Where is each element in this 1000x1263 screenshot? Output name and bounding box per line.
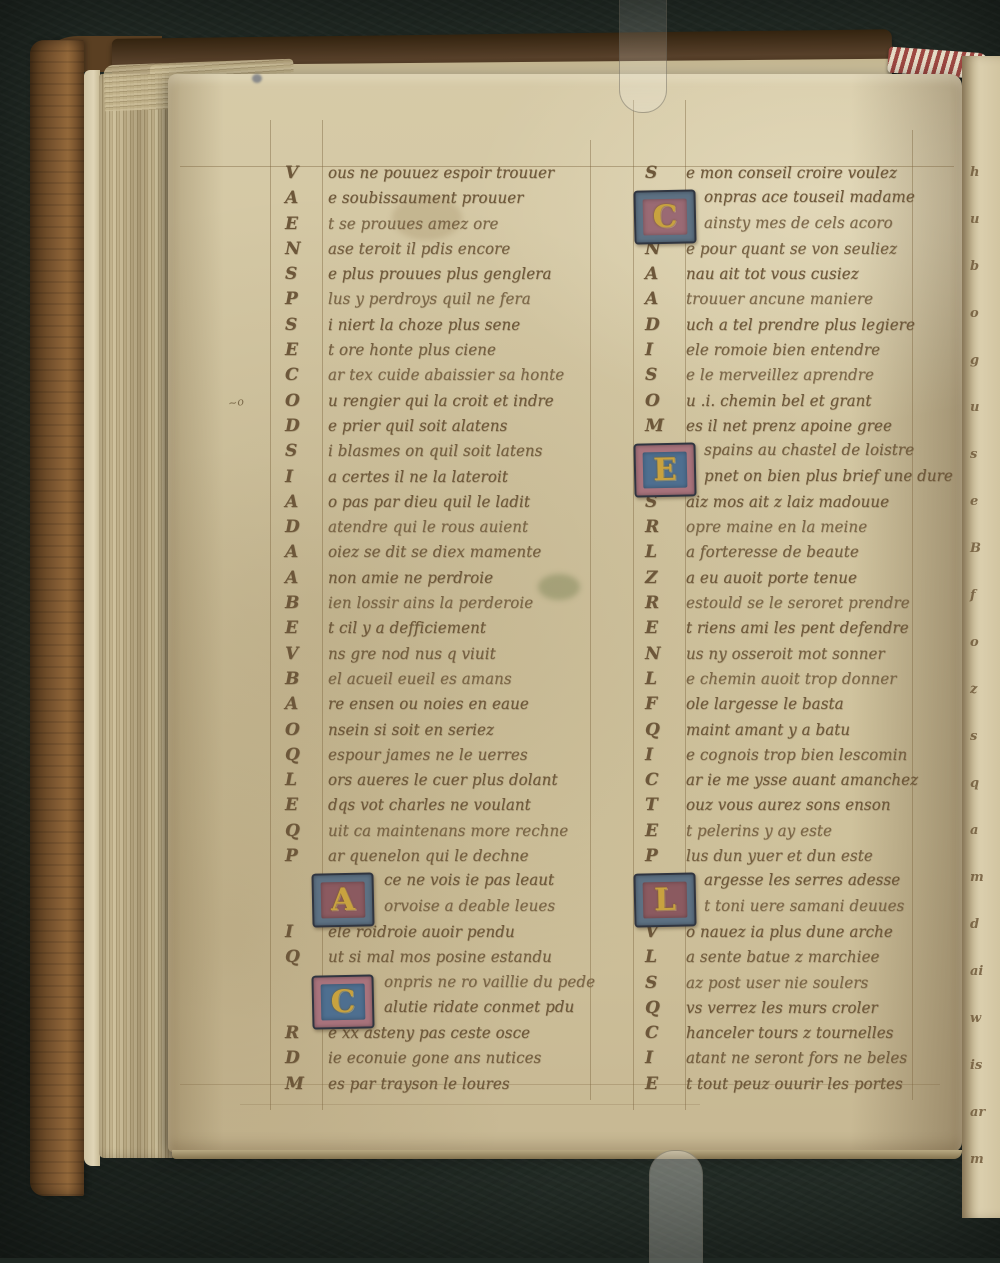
- gold-letter: C: [635, 192, 694, 243]
- verse-text: a forteresse de beaute: [686, 543, 859, 562]
- text-column-left: Vous ne pouuez espoir trouuerAe soubissa…: [272, 163, 602, 1099]
- text-line: Et ore honte plus ciene: [272, 340, 602, 365]
- text-line: Atrouuer ancune maniere: [634, 289, 956, 314]
- margin-capital: D: [634, 315, 686, 335]
- text-line: Ie cognois trop bien lescomin: [634, 745, 956, 770]
- illuminated-initial: L: [633, 873, 696, 928]
- margin-capital: Q: [634, 720, 686, 740]
- verse-text: ien lossir ains la perderoie: [328, 594, 533, 613]
- text-line: Le chemin auoit trop donner: [634, 669, 956, 694]
- text-line: La forteresse de beaute: [634, 542, 956, 567]
- verse-text: ouz vous aurez sons enson: [686, 796, 891, 815]
- text-line: Et se prouues amez ore: [272, 214, 602, 239]
- verse-text: t pelerins y ay este: [686, 821, 832, 840]
- text-line: Et riens ami les pent defendre: [634, 618, 956, 643]
- verse-text: ut si mal mos posine estandu: [328, 948, 552, 967]
- facing-page-glyph: e: [970, 494, 998, 509]
- verse-text: uch a tel prendre plus legiere: [686, 315, 915, 334]
- text-line: Ao pas par dieu quil le ladit: [272, 492, 602, 517]
- facing-page-glyph: a: [970, 823, 998, 838]
- verse-text: t tout peuz ouurir les portes: [686, 1074, 903, 1093]
- endpaper-edge: [84, 70, 100, 1166]
- text-line: Saz post user nie soulers: [634, 973, 956, 998]
- verse-text: o nauez ia plus dune arche: [686, 923, 893, 942]
- verse-text: ar ie me ysse auant amanchez: [686, 771, 918, 790]
- verse-text: e prier quil soit alatens: [328, 417, 507, 436]
- text-line: Se le merveillez aprendre: [634, 365, 956, 390]
- margin-capital: S: [634, 163, 686, 183]
- verse-text: atant ne seront fors ne beles: [686, 1049, 907, 1068]
- margin-capital: D: [272, 517, 328, 537]
- text-line: Ou rengier qui la croit et indre: [272, 391, 602, 416]
- verse-text: lus dun yuer et dun este: [686, 847, 873, 866]
- margin-capital: L: [634, 542, 686, 562]
- margin-capital: E: [634, 1074, 686, 1094]
- plastic-strip-bottom: [649, 1150, 703, 1258]
- margin-capital: B: [272, 593, 328, 613]
- verse-text: e pour quant se von seuliez: [686, 240, 897, 259]
- text-line: De prier quil soit alatens: [272, 416, 602, 441]
- facing-page-glyph: u: [970, 212, 998, 227]
- verse-text: trouuer ancune maniere: [686, 290, 873, 309]
- margin-capital: N: [272, 239, 328, 259]
- margin-capital: Z: [634, 568, 686, 588]
- text-line: Bien lossir ains la perderoie: [272, 593, 602, 618]
- gold-letter: L: [635, 875, 694, 926]
- verse-text: atendre qui le rous auient: [328, 518, 528, 537]
- margin-capital: A: [272, 188, 328, 208]
- text-line: Are ensen ou noies en eaue: [272, 694, 602, 719]
- plastic-strip-top: [619, 0, 667, 113]
- verse-text: spains au chastel de loistre: [686, 441, 914, 460]
- text-line: Datendre qui le rous auient: [272, 517, 602, 542]
- margin-capital: M: [634, 416, 686, 436]
- margin-capital: D: [272, 416, 328, 436]
- verse-text: ar quenelon qui le dechne: [328, 847, 529, 866]
- verse-text: non amie ne perdroie: [328, 568, 493, 587]
- verse-text: o pas par dieu quil le ladit: [328, 492, 530, 511]
- margin-capital: C: [634, 770, 686, 790]
- facing-page-glyph: w: [970, 1011, 998, 1026]
- ink-speck: [252, 74, 262, 83]
- margin-capital: I: [634, 1048, 686, 1068]
- illuminated-initial: C: [633, 190, 696, 245]
- margin-capital: D: [272, 1048, 328, 1068]
- text-line: Touz vous aurez sons enson: [634, 795, 956, 820]
- illuminated-initial: A: [311, 873, 374, 928]
- text-line: Qut si mal mos posine estandu: [272, 947, 602, 972]
- margin-capital: O: [634, 391, 686, 411]
- verse-text: aiz mos ait z laiz madouue: [686, 492, 889, 511]
- margin-capital: P: [634, 846, 686, 866]
- text-line: Nase teroit il pdis encore: [272, 239, 602, 264]
- margin-capital: V: [272, 163, 328, 183]
- facing-page-glyph: B: [970, 541, 998, 556]
- margin-capital: N: [634, 644, 686, 664]
- verse-text: es par trayson le loures: [328, 1074, 510, 1093]
- manuscript-photo: huboguseBfozsqamdaiwisarm ~o Vous ne pou…: [0, 0, 1000, 1258]
- margin-capital: C: [272, 365, 328, 385]
- verse-text: estould se le seroret prendre: [686, 594, 910, 613]
- text-line: Car tex cuide abaissier sa honte: [272, 365, 602, 390]
- margin-capital: E: [272, 618, 328, 638]
- margin-capital: R: [634, 517, 686, 537]
- text-line: Za eu auoit porte tenue: [634, 568, 956, 593]
- text-line: Anau ait tot vous cusiez: [634, 264, 956, 289]
- text-line: Chanceler tours z tournelles: [634, 1023, 956, 1048]
- margin-capital: O: [272, 720, 328, 740]
- page-edge-stack: [99, 74, 175, 1158]
- text-line: Si niert la choze plus sene: [272, 315, 602, 340]
- margin-capital: L: [634, 669, 686, 689]
- facing-page-glyph: q: [970, 776, 998, 791]
- verse-text: dqs vot charles ne voulant: [328, 796, 531, 815]
- margin-capital: E: [272, 340, 328, 360]
- text-line: Vns gre nod nus q viuit: [272, 644, 602, 669]
- verse-text: e mon conseil croire voulez: [686, 164, 897, 183]
- verse-text: a certes il ne la lateroit: [328, 467, 508, 486]
- verse-text: e chemin auoit trop donner: [686, 670, 896, 689]
- margin-capital: E: [272, 214, 328, 234]
- facing-page-glyph: f: [970, 588, 998, 603]
- margin-capital: Q: [272, 745, 328, 765]
- margin-capital: B: [272, 669, 328, 689]
- text-column-right: Se mon conseil croire voulezonpras ace t…: [634, 163, 956, 1099]
- margin-capital: S: [272, 264, 328, 284]
- facing-page-glyph: s: [970, 729, 998, 744]
- facing-page-glyph: ai: [970, 964, 998, 979]
- facing-page-glyph: u: [970, 400, 998, 415]
- verse-text: opre maine en la meine: [686, 518, 867, 537]
- margin-capital: S: [272, 441, 328, 461]
- illuminated-initial: E: [633, 443, 696, 498]
- facing-page-glyph: o: [970, 635, 998, 650]
- gold-letter: E: [635, 445, 694, 496]
- facing-page-glyph: s: [970, 447, 998, 462]
- text-line: Car ie me ysse auant amanchez: [634, 770, 956, 795]
- verse-text: t se prouues amez ore: [328, 214, 499, 233]
- verse-text: t riens ami les pent defendre: [686, 619, 909, 638]
- text-line: Die econuie gone ans nutices: [272, 1048, 602, 1073]
- text-line: Qvs verrez les murs croler: [634, 998, 956, 1023]
- verse-text: es il net prenz apoine gree: [686, 417, 892, 436]
- facing-page-glyph: is: [970, 1058, 998, 1073]
- margin-capital: P: [272, 846, 328, 866]
- facing-page-glyph: b: [970, 259, 998, 274]
- margin-capital: P: [272, 289, 328, 309]
- margin-capital: E: [634, 618, 686, 638]
- text-line: Nus ny osseroit mot sonner: [634, 644, 956, 669]
- ruling-line: [240, 1104, 700, 1105]
- verse-text: ie econuie gone ans nutices: [328, 1049, 541, 1068]
- gold-letter: C: [313, 976, 372, 1027]
- verse-text: nau ait tot vous cusiez: [686, 265, 859, 284]
- text-line: Ou .i. chemin bel et grant: [634, 391, 956, 416]
- verse-text: re ensen ou noies en eaue: [328, 695, 529, 714]
- margin-capital: A: [634, 264, 686, 284]
- verse-text: lus y perdroys quil ne fera: [328, 290, 531, 309]
- margin-capital: A: [634, 289, 686, 309]
- text-line: Anon amie ne perdroie: [272, 568, 602, 593]
- text-line: Se mon conseil croire voulez: [634, 163, 956, 188]
- verse-text: pnet on bien plus brief une dure: [686, 466, 953, 485]
- text-line: Qmaint amant y a batu: [634, 720, 956, 745]
- verse-text: us ny osseroit mot sonner: [686, 644, 885, 663]
- verse-text: ele romoie bien entendre: [686, 341, 880, 360]
- verse-text: t cil y a defficiement: [328, 619, 486, 638]
- text-line: Bel acueil eueil es amans: [272, 669, 602, 694]
- verse-text: ole largesse le basta: [686, 695, 844, 714]
- margin-capital: R: [634, 593, 686, 613]
- margin-capital: A: [272, 492, 328, 512]
- text-line: Se plus prouues plus genglera: [272, 264, 602, 289]
- facing-page-glyph: ar: [970, 1105, 998, 1120]
- facing-page-glyph: m: [970, 870, 998, 885]
- margin-scribble: ~o: [227, 395, 244, 410]
- margin-capital: A: [272, 568, 328, 588]
- margin-capital: O: [272, 391, 328, 411]
- verse-text: uit ca maintenans more rechne: [328, 821, 568, 840]
- text-line: La sente batue z marchiee: [634, 947, 956, 972]
- illuminated-initial: C: [311, 974, 374, 1029]
- margin-capital: I: [634, 745, 686, 765]
- verse-text: onpras ace touseil madame: [686, 188, 915, 207]
- text-line: Plus dun yuer et dun este: [634, 846, 956, 871]
- verse-text: maint amant y a batu: [686, 720, 850, 739]
- margin-capital: Q: [634, 998, 686, 1018]
- margin-capital: T: [634, 795, 686, 815]
- verse-text: ors aueres le cuer plus dolant: [328, 771, 558, 790]
- verse-text: a eu auoit porte tenue: [686, 568, 857, 587]
- verse-text: i blasmes on quil soit latens: [328, 442, 542, 461]
- text-line: Mes par trayson le loures: [272, 1074, 602, 1099]
- margin-capital: S: [634, 365, 686, 385]
- verse-text: nsein si soit en seriez: [328, 720, 494, 739]
- text-line: Fole largesse le basta: [634, 694, 956, 719]
- verse-text: oiez se dit se diex mamente: [328, 543, 541, 562]
- margin-capital: S: [272, 315, 328, 335]
- text-line: Duch a tel prendre plus legiere: [634, 315, 956, 340]
- margin-capital: S: [634, 973, 686, 993]
- verse-text: t ore honte plus ciene: [328, 341, 496, 360]
- margin-capital: I: [272, 467, 328, 487]
- verse-text: argesse les serres adesse: [686, 871, 900, 890]
- verse-text: ar tex cuide abaissier sa honte: [328, 366, 564, 385]
- text-line: Mes il net prenz apoine gree: [634, 416, 956, 441]
- facing-page-glyph: d: [970, 917, 998, 932]
- facing-page-glyph: z: [970, 682, 998, 697]
- verse-text: t toni uere samani deuues: [686, 896, 904, 915]
- text-line: Et pelerins y ay este: [634, 821, 956, 846]
- verse-text: i niert la choze plus sene: [328, 315, 520, 334]
- margin-capital: A: [272, 694, 328, 714]
- verse-text: ainsty mes de cels acoro: [686, 213, 893, 232]
- facing-page-text: huboguseBfozsqamdaiwisarm: [970, 165, 998, 1167]
- margin-capital: I: [634, 340, 686, 360]
- verse-text: el acueil eueil es amans: [328, 670, 512, 689]
- text-line: Plus y perdroys quil ne fera: [272, 289, 602, 314]
- text-line: Ropre maine en la meine: [634, 517, 956, 542]
- text-line: Et cil y a defficiement: [272, 618, 602, 643]
- page-bottom-edge: [172, 1150, 962, 1159]
- text-line: Par quenelon qui le dechne: [272, 846, 602, 871]
- ruling-line: [270, 120, 271, 1110]
- verse-text: ns gre nod nus q viuit: [328, 644, 496, 663]
- margin-capital: Q: [272, 947, 328, 967]
- verse-text: u rengier qui la croit et indre: [328, 391, 554, 410]
- text-line: Qespour james ne le uerres: [272, 745, 602, 770]
- margin-capital: F: [634, 694, 686, 714]
- text-line: Edqs vot charles ne voulant: [272, 795, 602, 820]
- margin-capital: M: [272, 1074, 328, 1094]
- text-line: Quit ca maintenans more rechne: [272, 821, 602, 846]
- text-line: Lors aueres le cuer plus dolant: [272, 770, 602, 795]
- book-cover-spine: [30, 40, 84, 1196]
- margin-capital: C: [634, 1023, 686, 1043]
- margin-capital: L: [634, 947, 686, 967]
- margin-capital: Q: [272, 821, 328, 841]
- margin-capital: V: [272, 644, 328, 664]
- text-line: Iele romoie bien entendre: [634, 340, 956, 365]
- verse-text: az post user nie soulers: [686, 973, 868, 992]
- text-line: Aoiez se dit se diex mamente: [272, 542, 602, 567]
- verse-text: espour james ne le uerres: [328, 745, 528, 764]
- margin-capital: E: [272, 795, 328, 815]
- verse-text: vs verrez les murs croler: [686, 998, 878, 1017]
- verse-text: e cognois trop bien lescomin: [686, 745, 907, 764]
- text-line: Ia certes il ne la lateroit: [272, 467, 602, 492]
- verse-text: hanceler tours z tournelles: [686, 1024, 893, 1043]
- verse-text: e soubissaument prouuer: [328, 189, 523, 208]
- margin-capital: A: [272, 542, 328, 562]
- facing-page-glyph: m: [970, 1152, 998, 1167]
- margin-capital: E: [634, 821, 686, 841]
- text-line: Si blasmes on quil soit latens: [272, 441, 602, 466]
- text-line: Onsein si soit en seriez: [272, 720, 602, 745]
- verse-text: a sente batue z marchiee: [686, 948, 880, 967]
- verse-text: ous ne pouuez espoir trouuer: [328, 164, 554, 183]
- text-line: Ae soubissaument prouuer: [272, 188, 602, 213]
- verse-text: u .i. chemin bel et grant: [686, 391, 872, 410]
- facing-page-glyph: g: [970, 353, 998, 368]
- text-line: Vous ne pouuez espoir trouuer: [272, 163, 602, 188]
- verse-text: e le merveillez aprendre: [686, 366, 874, 385]
- facing-page-glyph: h: [970, 165, 998, 180]
- gold-letter: A: [313, 875, 372, 926]
- text-line: Restould se le seroret prendre: [634, 593, 956, 618]
- verse-text: e plus prouues plus genglera: [328, 265, 552, 284]
- text-line: Et tout peuz ouurir les portes: [634, 1074, 956, 1099]
- text-line: Iatant ne seront fors ne beles: [634, 1048, 956, 1073]
- margin-capital: L: [272, 770, 328, 790]
- verse-text: ase teroit il pdis encore: [328, 240, 510, 259]
- facing-page-glyph: o: [970, 306, 998, 321]
